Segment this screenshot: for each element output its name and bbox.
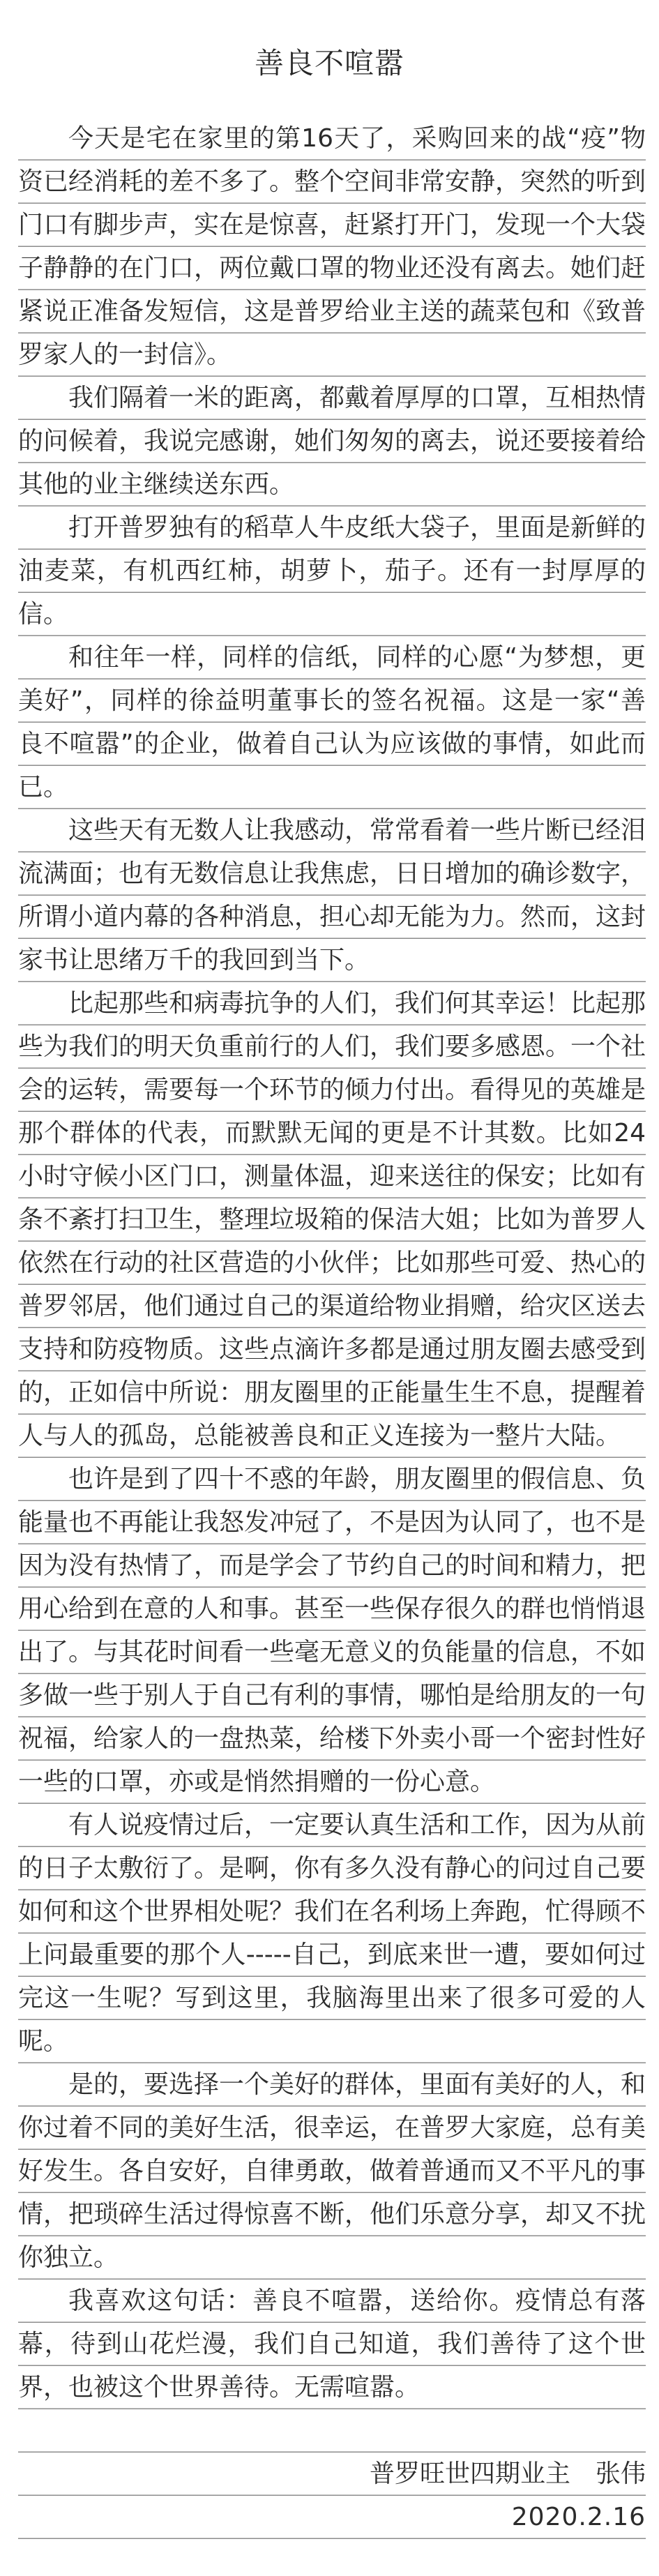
paragraph: 也许是到了四十不惑的年龄，朋友圈里的假信息、负能量也不再能让我怒发冲冠了，不是因… [18, 1458, 646, 1804]
paragraph: 这些天有无数人让我感动，常常看着一些片断已经泪流满面；也有无数信息让我焦虑，日日… [18, 809, 646, 982]
paragraph: 是的，要选择一个美好的群体，里面有美好的人，和你过着不同的美好生活，很幸运，在普… [18, 2063, 646, 2280]
body-paragraphs: 今天是宅在家里的第16天了，采购回来的战“疫”物资已经消耗的差不多了。整个空间非… [18, 117, 646, 2409]
blank-ruled-line [18, 2409, 646, 2453]
paragraph: 有人说疫情过后，一定要认真生活和工作，因为从前的日子太敷衍了。是啊，你有多久没有… [18, 1804, 646, 2063]
paragraph: 打开普罗独有的稻草人牛皮纸大袋子，里面是新鲜的油麦菜，有机西红柿，胡萝卜，茄子。… [18, 506, 646, 636]
paragraph: 和往年一样，同样的信纸，同样的心愿“为梦想，更美好”，同样的徐益明董事长的签名祝… [18, 636, 646, 809]
title-block: 善良不喧嚣 [0, 0, 659, 117]
ruled-writing-area: 今天是宅在家里的第16天了，采购回来的战“疫”物资已经消耗的差不多了。整个空间非… [18, 117, 646, 2539]
document-page: 善良不喧嚣 今天是宅在家里的第16天了，采购回来的战“疫”物资已经消耗的差不多了… [0, 0, 659, 2576]
date: 2020.2.16 [18, 2496, 646, 2539]
paragraph: 今天是宅在家里的第16天了，采购回来的战“疫”物资已经消耗的差不多了。整个空间非… [18, 117, 646, 377]
page-title: 善良不喧嚣 [0, 49, 659, 78]
paragraph: 比起那些和病毒抗争的人们，我们何其幸运！比起那些为我们的明天负重前行的人们，我们… [18, 982, 646, 1458]
paragraph: 我们隔着一米的距离，都戴着厚厚的口罩，互相热情的问候着，我说完感谢，她们匆匆的离… [18, 377, 646, 506]
signature: 普罗旺世四期业主 张伟 [18, 2453, 646, 2496]
paragraph: 我喜欢这句话：善良不喧嚣，送给你。疫情总有落幕，待到山花烂漫，我们自己知道，我们… [18, 2280, 646, 2409]
